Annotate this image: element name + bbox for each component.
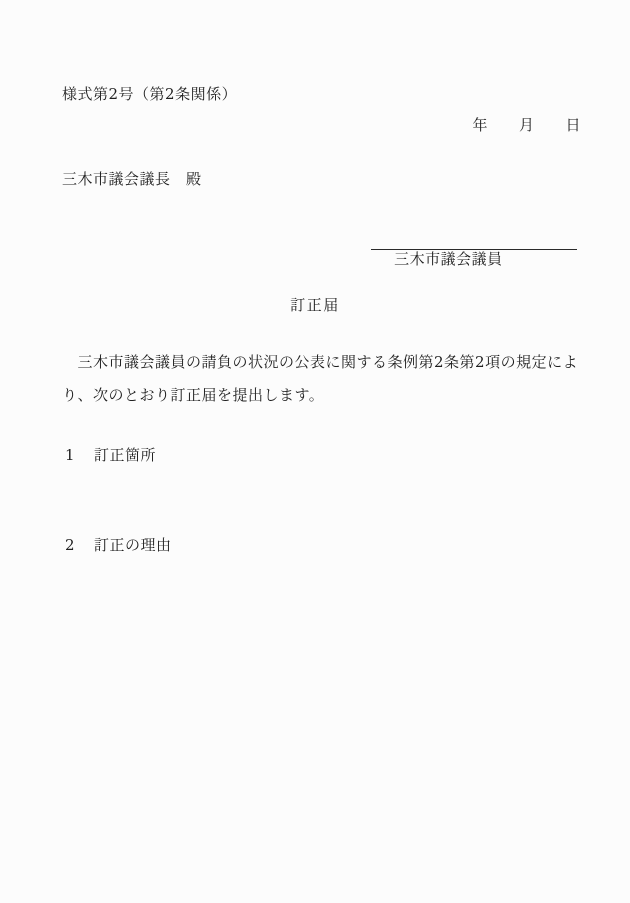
addressee-line: 三木市議会議長 殿 xyxy=(62,171,202,188)
form-number-line: 様式第2号（第2条関係） xyxy=(62,86,237,103)
item-number: 2 xyxy=(65,537,75,554)
date-line: 年 月 日 xyxy=(472,117,581,134)
item-label: 訂正の理由 xyxy=(94,537,172,554)
item-correction-reason: 2 訂正の理由 xyxy=(65,537,172,554)
signature-label: 三木市議会議員 xyxy=(394,250,503,268)
signature-underline-field: 三木市議会議員 xyxy=(371,231,577,250)
item-number: 1 xyxy=(65,447,75,464)
body-paragraph-line-1: 三木市議会議員の請負の状況の公表に関する条例第2条第2項の規定によ xyxy=(62,354,578,371)
document-title: 訂正届 xyxy=(0,297,630,314)
item-correction-location: 1 訂正箇所 xyxy=(65,447,156,464)
item-label: 訂正箇所 xyxy=(94,447,156,464)
document-page: 様式第2号（第2条関係） 年 月 日 三木市議会議長 殿 三木市議会議員 訂正届… xyxy=(0,0,630,903)
body-paragraph-line-2: り、次のとおり訂正届を提出します。 xyxy=(62,387,324,404)
